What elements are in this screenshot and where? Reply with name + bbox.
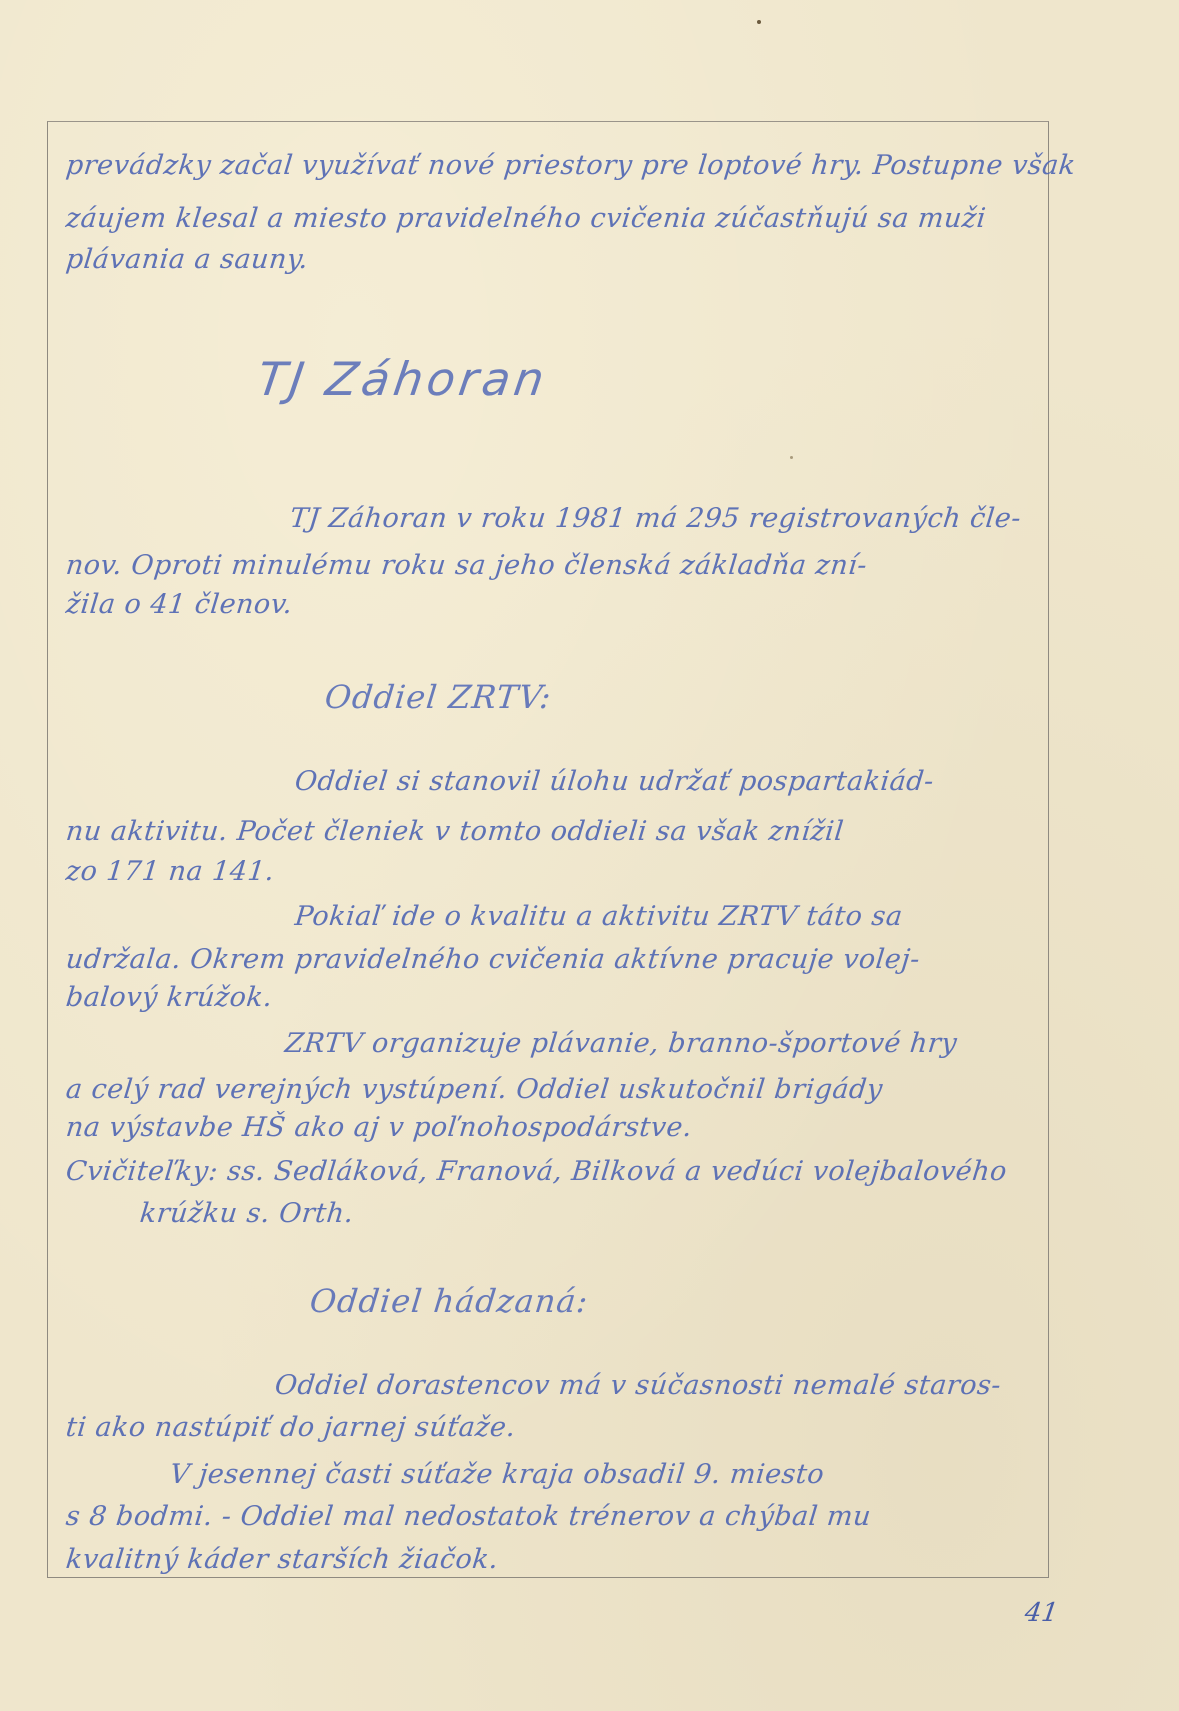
section-heading-hadzana: Oddiel hádzaná: [308,1282,590,1320]
zrtv-p1-line-2: nu aktivitu. Počet členiek v tomto oddie… [65,818,845,845]
zrtv-p2-line-3: balový krúžok. [65,984,274,1011]
page-border-frame [47,121,1049,1578]
document-page: prevádzky začal využívať nové priestory … [0,0,1179,1711]
intro-line-3: plávania a sauny. [65,246,310,273]
zrtv-p1-line-3: zo 171 na 141. [65,858,276,885]
zrtv-p3-line-3: na výstavbe HŠ ako aj v poľnohospodárstv… [65,1114,694,1141]
membership-line-2: nov. Oproti minulému roku sa jeho člensk… [65,552,869,579]
hadzana-p2-line-1: V jesennej časti súťaže kraja obsadil 9.… [169,1461,826,1488]
page-number: 41 [1023,1598,1060,1628]
membership-line-1: TJ Záhoran v roku 1981 má 295 registrova… [289,505,1023,532]
main-heading: TJ Záhoran [254,352,551,406]
intro-line-1: prevádzky začal využívať nové priestory … [65,152,1078,179]
section-heading-zrtv: Oddiel ZRTV: [323,678,554,716]
hadzana-p1-line-1: Oddiel dorastencov má v súčasnosti nemal… [274,1372,1003,1399]
zrtv-p2-line-1: Pokiaľ ide o kvalitu a aktivitu ZRTV tát… [294,903,904,930]
zrtv-instructors-line-1: Cvičiteľky: ss. Sedláková, Franová, Bilk… [65,1158,1009,1185]
zrtv-instructors-line-2: krúžku s. Orth. [139,1200,355,1227]
zrtv-p1-line-1: Oddiel si stanovil úlohu udržať posparta… [294,768,936,795]
hadzana-p1-line-2: ti ako nastúpiť do jarnej súťaže. [65,1414,517,1441]
zrtv-p3-line-2: a celý rad verejných vystúpení. Oddiel u… [65,1076,884,1103]
hadzana-p2-line-3: kvalitný káder starších žiačok. [65,1546,500,1573]
membership-line-3: žila o 41 členov. [65,591,294,618]
zrtv-p2-line-2: udržala. Okrem pravidelného cvičenia akt… [65,946,922,973]
zrtv-p3-line-1: ZRTV organizuje plávanie, branno-športov… [284,1030,959,1057]
hadzana-p2-line-2: s 8 bodmi. - Oddiel mal nedostatok tréne… [65,1503,873,1530]
paper-speck [757,20,761,24]
intro-line-2: záujem klesal a miesto pravidelného cvič… [65,205,988,232]
